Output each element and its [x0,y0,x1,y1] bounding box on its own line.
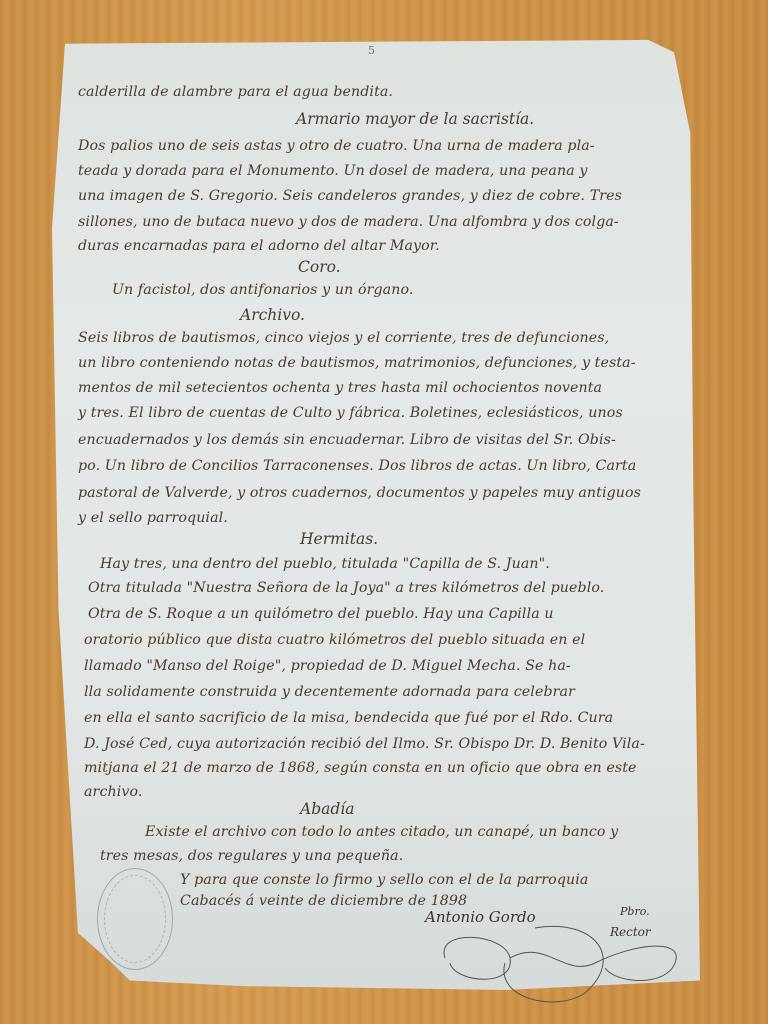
text-line: y el sello parroquial. [78,510,698,526]
text-line: mitjana el 21 de marzo de 1868, según co… [84,760,704,776]
closing-line: Y para que conste lo firmo y sello con e… [180,872,768,888]
text-line: Otra de S. Roque a un quilómetro del pue… [88,606,708,622]
text-line: una imagen de S. Gregorio. Seis candeler… [78,188,698,204]
text-line: po. Un libro de Concilios Tarraconenses.… [78,458,698,474]
text-line: Existe el archivo con todo lo antes cita… [145,824,765,840]
text-line: Otra titulada "Nuestra Señora de la Joya… [88,580,708,596]
text-line: Hay tres, una dentro del pueblo, titulad… [100,556,720,572]
section-heading-armario: Armario mayor de la sacristía. [296,110,534,128]
section-heading-hermitas: Hermitas. [300,530,378,548]
text-line: un libro conteniendo notas de bautismos,… [78,355,698,371]
text-line: D. José Ced, cuya autorización recibió d… [84,736,704,752]
opening-line: calderilla de alambre para el agua bendi… [78,84,698,100]
parish-seal-stamp [97,868,173,970]
text-line: encuadernados y los demás sin encuaderna… [78,432,698,448]
signature-flourish-icon [435,918,685,1008]
text-line: duras encarnadas para el adorno del alta… [78,238,698,254]
signature-title: Pbro. [620,905,650,918]
page-number: 5 [368,44,375,57]
text-line: Seis libros de bautismos, cinco viejos y… [78,330,698,346]
section-heading-coro: Coro. [298,258,341,276]
text-line: teada y dorada para el Monumento. Un dos… [78,163,698,179]
section-heading-archivo: Archivo. [240,306,305,324]
text-line: Un facistol, dos antifonarios y un órgan… [112,282,732,298]
date-line: Cabacés á veinte de diciembre de 1898 [180,893,768,909]
text-line: pastoral de Valverde, y otros cuadernos,… [78,485,698,501]
text-line: lla solidamente construida y decentement… [84,684,704,700]
text-line: Dos palios uno de seis astas y otro de c… [78,138,698,154]
text-line: en ella el santo sacrificio de la misa, … [84,710,704,726]
text-line: mentos de mil setecientos ochenta y tres… [78,380,698,396]
text-line: tres mesas, dos regulares y una pequeña. [100,848,720,864]
text-line: oratorio público que dista cuatro kilóme… [84,632,704,648]
section-heading-abadia: Abadía [300,800,354,818]
text-line: archivo. [84,784,704,800]
text-line: sillones, uno de butaca nuevo y dos de m… [78,214,698,230]
text-line: y tres. El libro de cuentas de Culto y f… [78,405,698,421]
text-line: llamado "Manso del Roige", propiedad de … [84,658,704,674]
